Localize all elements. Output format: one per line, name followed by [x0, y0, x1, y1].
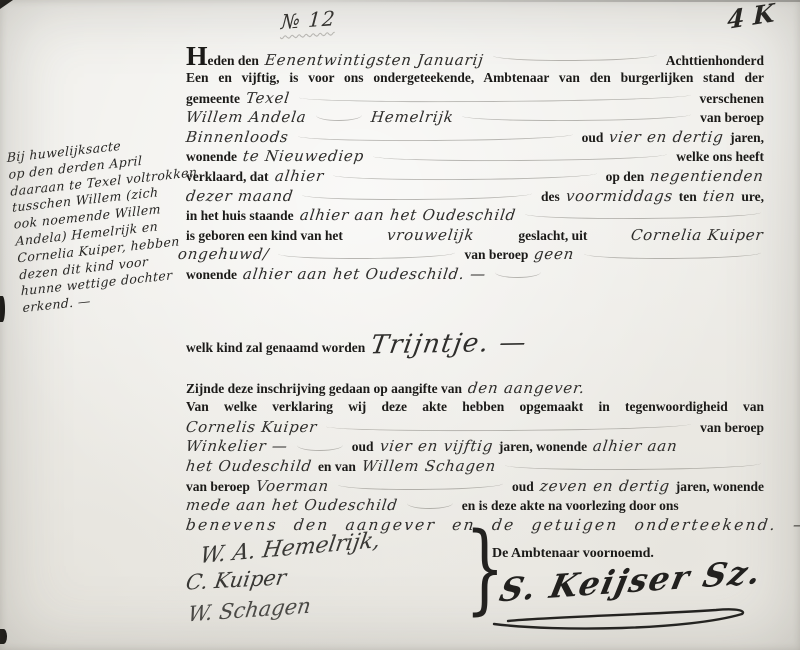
hw-birth-day: negentienden: [649, 167, 765, 185]
hw-mother-residence: alhier aan het Oudeschild. —: [242, 265, 487, 283]
printed-text: oud: [512, 479, 534, 495]
hw-declarant-occupation: Binnenloods: [185, 128, 290, 146]
printed-text: van beroep: [700, 110, 764, 126]
scan-artifact-corner: [0, 0, 13, 9]
ink-rule: [493, 53, 657, 61]
printed-text: Van welke verklaring wij deze akte hebbe…: [186, 399, 764, 414]
ink-rule: [373, 153, 667, 162]
hw-declared-by: den aangever.: [467, 379, 586, 397]
hw-declarant-last: Hemelrijk: [369, 108, 454, 126]
signature-flourish: [488, 604, 752, 634]
form-line-year: Een en vijftig, is voor ons ondergeteeke…: [186, 69, 764, 89]
form-line-date: Heden den Eenentwintigsten Januarij Acht…: [186, 46, 764, 69]
hw-declarant-age: vier en dertig: [608, 128, 725, 146]
act-body: Heden den Eenentwintigsten Januarij Acht…: [186, 46, 764, 535]
ink-rule: [407, 502, 453, 509]
form-line-child-gender-mother: is geboren een kind van het vrouwelijk g…: [186, 226, 764, 246]
hw-birth-place: alhier: [273, 167, 324, 185]
ink-rule: [338, 482, 503, 490]
printed-text: Heden den: [186, 46, 259, 69]
fee-annotation: 4 K: [727, 0, 775, 35]
form-line-witness1-details: Winkelier — oud vier en vijftig jaren, w…: [186, 437, 764, 457]
form-line-aangifte: Zijnde deze inschrijving gedaan op aangi…: [186, 379, 764, 399]
printed-text: wonende: [186, 149, 237, 165]
act-number: № 12: [280, 6, 336, 34]
hw-witness1-age: vier en vijftig: [378, 437, 494, 455]
printed-text: en van: [318, 459, 356, 475]
hw-witness2-occupation: Voerman: [255, 477, 330, 495]
printed-text: jaren, wonende: [499, 439, 587, 455]
printed-text: is geboren een kind van het: [186, 228, 343, 244]
printed-text: ure,: [741, 189, 764, 205]
form-line-birth-time: dezer maand des voormiddags ten tien ure…: [186, 187, 764, 207]
ink-rule: [525, 212, 761, 221]
ink-rule: [298, 133, 573, 142]
ink-rule: [299, 94, 691, 104]
printed-text: verschenen: [700, 91, 765, 107]
hw-declarant-residence: te Nieuwediep: [242, 147, 365, 165]
printed-text: des: [541, 189, 560, 205]
ink-rule: [326, 423, 691, 433]
printed-text: Een en vijftig, is voor ons ondergeteeke…: [186, 70, 764, 85]
form-line-mother-residence: wonende alhier aan het Oudeschild. —: [186, 265, 764, 285]
scan-artifact-left-edge: [0, 296, 5, 322]
hw-gemeente: Texel: [245, 89, 291, 107]
ink-rule: [505, 462, 761, 471]
printed-text: oud: [582, 130, 604, 146]
scan-artifact-left-edge: [0, 629, 7, 644]
hw-witness2-residence: mede aan het Oudeschild: [185, 496, 399, 514]
hw-birth-month: dezer maand: [185, 187, 295, 205]
printed-text: gemeente: [186, 91, 240, 107]
printed-text: welk kind zal genaamd worden: [186, 340, 365, 356]
form-line-birth-house: in het huis staande alhier aan het Oudes…: [186, 206, 764, 226]
hw-mother-occupation: geen: [533, 245, 575, 263]
form-line-birth-place-day: verklaard, dat alhier op den negentiende…: [186, 167, 764, 187]
ink-rule: [495, 271, 541, 278]
printed-text: van beroep: [465, 247, 529, 263]
hw-witness2-name: Willem Schagen: [361, 457, 497, 475]
ink-rule: [462, 114, 691, 123]
printed-text: geslacht, uit: [518, 228, 587, 244]
hw-birth-house: alhier aan het Oudeschild: [299, 206, 517, 224]
hw-birth-daypart: voormiddags: [565, 187, 674, 205]
signature-kuiper: C. Kuiper: [184, 565, 288, 594]
form-line-declarant-occupation: Binnenloods oud vier en dertig jaren,: [186, 128, 764, 148]
printed-text: ten: [679, 189, 697, 205]
hw-mother-status: ongehuwd/: [177, 245, 270, 263]
hw-witness2-age: zeven en dertig: [539, 477, 671, 495]
birth-certificate-scan: № 12 4 K Bij huwelijksacte op den derden…: [0, 0, 800, 650]
printed-text: en is deze akte na voorlezing door ons: [462, 498, 679, 514]
form-line-gemeente: gemeente Texel verschenen: [186, 89, 764, 109]
form-line-witness1-name: Cornelis Kuiper van beroep: [186, 418, 764, 438]
hw-birth-hour: tien: [702, 187, 737, 205]
printed-text: welke ons heeft: [676, 149, 764, 165]
ink-rule: [297, 443, 343, 450]
ink-rule: [584, 251, 761, 259]
printed-text: jaren,: [730, 130, 764, 146]
form-line-witness2-details: van beroep Voerman oud zeven en dertig j…: [186, 477, 764, 497]
hw-witness1-residence: alhier aan: [592, 437, 679, 455]
margin-note-legitimation: Bij huwelijksacte op den derden April da…: [6, 131, 205, 317]
ink-rule: [278, 251, 455, 259]
ink-rule: [333, 172, 597, 181]
hw-child-name: Trijntje. —: [369, 327, 530, 360]
printed-text: op den: [606, 169, 645, 185]
printed-text: Zijnde deze inschrijving gedaan op aangi…: [186, 381, 462, 397]
printed-text: jaren, wonende: [676, 479, 764, 495]
hw-witness1-occupation: Winkelier —: [185, 437, 289, 455]
hw-declarant-first: Willem Andela: [185, 108, 308, 126]
scan-artifact-top-edge: [310, 0, 800, 2]
official-title: De Ambtenaar voornoemd.: [492, 546, 654, 562]
printed-text: in het huis staande: [186, 208, 294, 224]
form-line-child-name: welk kind zal genaamd worden Trijntje. —: [186, 329, 764, 363]
hw-child-gender: vrouwelijk: [386, 226, 476, 244]
printed-text: oud: [352, 439, 374, 455]
printed-text: van beroep: [186, 479, 250, 495]
printed-text: Achttienhonderd: [666, 53, 764, 69]
form-line-mother-status: ongehuwd/ van beroep geen: [178, 245, 764, 265]
printed-text: wonende: [186, 267, 237, 283]
hw-witness1-residence-2: het Oudeschild: [185, 457, 313, 475]
printed-text: van beroep: [700, 420, 764, 436]
signature-schagen: W. Schagen: [186, 594, 312, 627]
form-line-witness-intro: Van welke verklaring wij deze akte hebbe…: [186, 398, 764, 418]
form-line-declarant-name: Willem Andela Hemelrijk van beroep: [186, 108, 764, 128]
hw-date: Eenentwintigsten Januarij: [264, 51, 485, 69]
form-line-declarant-residence: wonende te Nieuwediep welke ons heeft: [186, 147, 764, 167]
form-line-witness2-name: het Oudeschild en van Willem Schagen: [186, 457, 764, 477]
ink-rule: [302, 192, 532, 201]
hw-witness1-name: Cornelis Kuiper: [185, 418, 318, 436]
printed-text: verklaard, dat: [186, 169, 269, 185]
ink-rule: [316, 114, 362, 121]
hw-mother-name: Cornelia Kuiper: [630, 226, 765, 244]
